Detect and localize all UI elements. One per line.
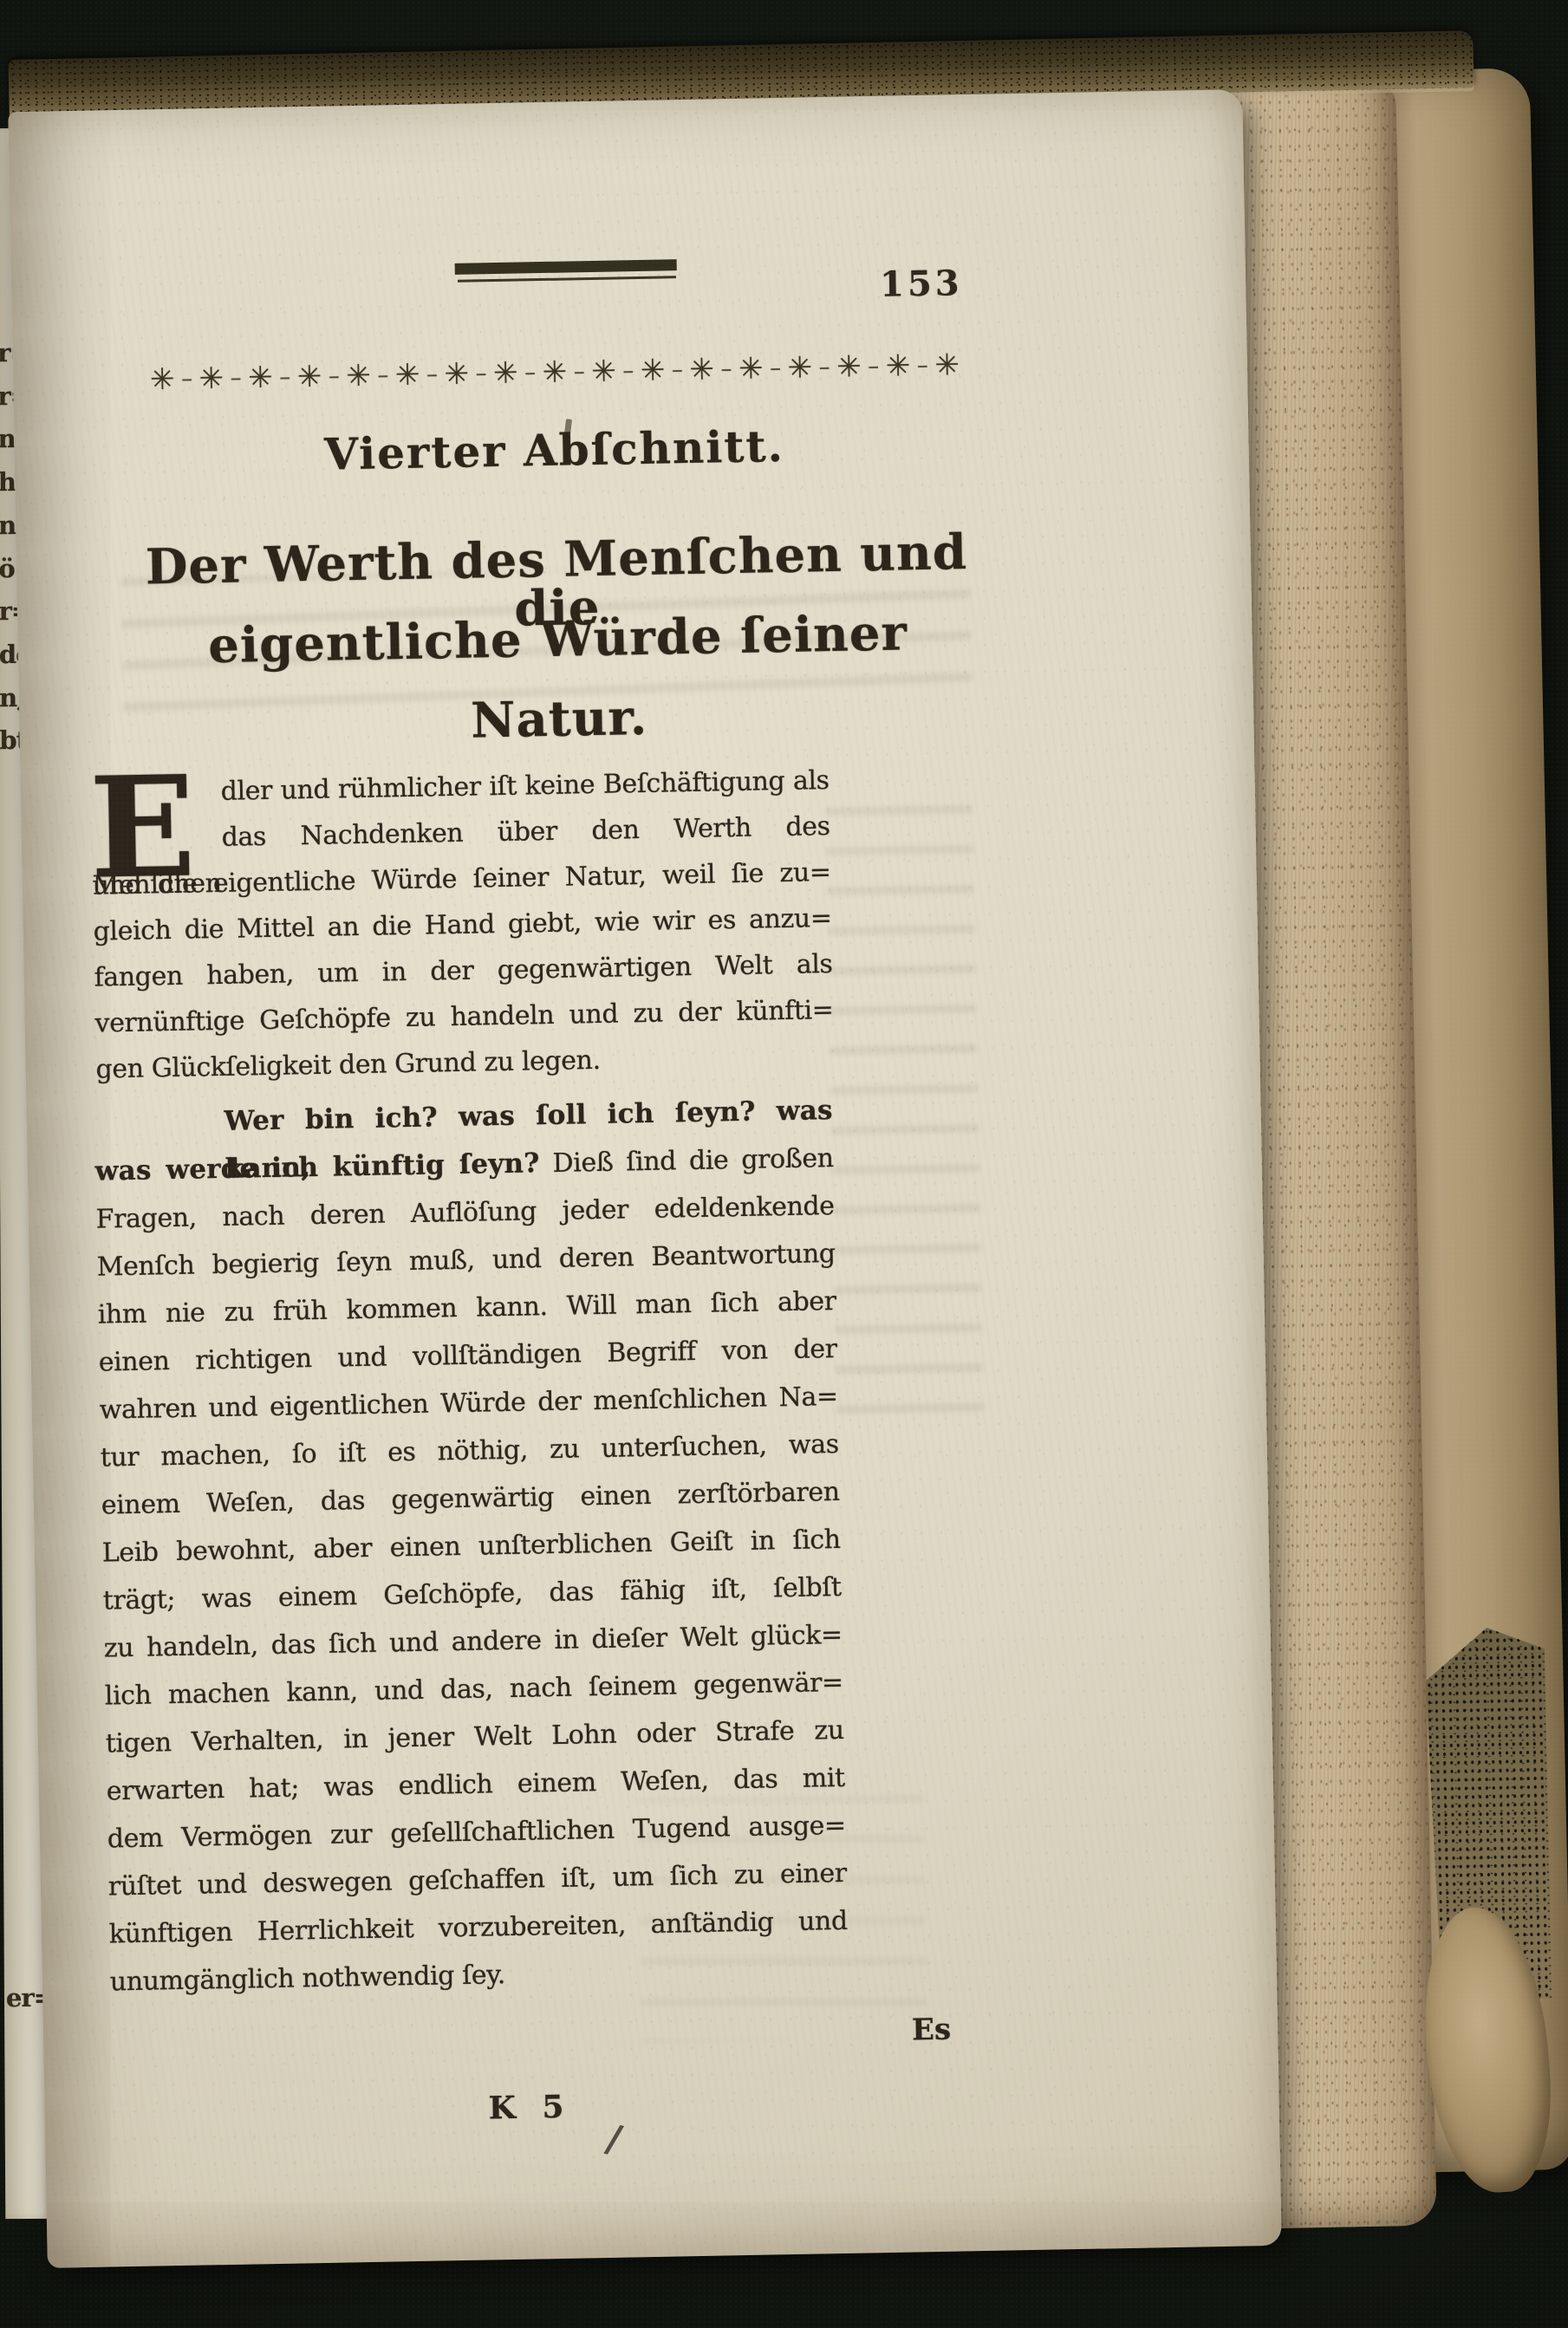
ornament-connector: – (426, 363, 438, 386)
body-text: Fragen, nach deren Auflöſung jeder edeld… (95, 1191, 834, 1235)
emphasis-text: was werde ich künftig ſeyn? (94, 1148, 540, 1187)
ornament-connector: – (181, 367, 192, 390)
body-paragraph-1: E dler und rühmlicher iſt keine Beſchäft… (90, 758, 835, 1093)
book-page: 153 ✳–✳–✳–✳–✳–✳–✳–✳–✳–✳–✳–✳–✳–✳–✳–✳–✳ Vi… (8, 89, 1281, 2268)
body-text: lich machen kann, und das, nach ſeinem g… (105, 1668, 843, 1712)
drop-cap-letter: E (88, 757, 197, 897)
ornament-flower: ✳ (296, 362, 322, 393)
ornament-row: ✳–✳–✳–✳–✳–✳–✳–✳–✳–✳–✳–✳–✳–✳–✳–✳–✳ (150, 346, 960, 399)
chapter-title-line: eigentliche Würde ſeiner (114, 607, 1002, 672)
ornament-flower: ✳ (885, 351, 910, 381)
body-text: tur machen, ſo iſt es nöthig, zu unterſu… (100, 1429, 838, 1473)
stray-slash-mark: / (602, 2117, 626, 2162)
ornament-connector: – (770, 357, 781, 380)
body-text: tigen Verhalten, in jener Welt Lohn oder… (106, 1715, 844, 1759)
signature-mark: K 5 (488, 2089, 564, 2127)
ornament-connector: – (917, 354, 928, 377)
section-rule (455, 259, 677, 275)
ornament-flower: ✳ (346, 361, 371, 392)
ornament-connector: – (573, 361, 584, 383)
body-text: ihm nie zu früh kommen kann. Will man ſi… (97, 1286, 836, 1330)
ornament-connector: – (475, 362, 486, 385)
section-heading: Vierter Abſchnitt. (120, 417, 988, 484)
ornament-connector: – (279, 366, 290, 388)
ornament-flower: ✳ (738, 354, 764, 384)
ornament-connector: – (230, 367, 241, 389)
ornament-connector: – (622, 360, 634, 382)
page-number: 153 (880, 263, 963, 305)
body-text: künftigen Herrlichkeit vorzubereiten, an… (109, 1906, 848, 1950)
ornament-connector: – (377, 364, 388, 387)
ornament-flower: ✳ (493, 359, 518, 389)
body-text: einem Weſen, das gegenwärtig einen zerſt… (101, 1477, 839, 1521)
body-text: Leib bewohnt, aber einen unſterblichen G… (101, 1525, 840, 1569)
ornament-connector: – (720, 358, 732, 380)
ornament-connector: – (818, 356, 830, 379)
ornament-flower: ✳ (836, 352, 862, 382)
catchword: Es (912, 2013, 952, 2048)
ornament-flower: ✳ (150, 365, 175, 395)
ornament-flower: ✳ (934, 350, 960, 380)
body-text: dem Vermögen zur geſellſchaftlichen Tuge… (107, 1811, 846, 1855)
ornament-flower: ✳ (395, 361, 420, 391)
body-text: unumgänglich nothwendig ſey. (110, 1960, 506, 1997)
ornament-connector: – (672, 359, 683, 381)
ornament-flower: ✳ (248, 363, 273, 393)
ornament-flower: ✳ (689, 354, 714, 385)
ornament-connector: – (868, 355, 879, 378)
chapter-title-line: Natur. (115, 686, 1004, 751)
ornament-flower: ✳ (787, 353, 812, 383)
ornament-flower: ✳ (641, 355, 666, 386)
body-text: zu handeln, das ſich und andere in dieſe… (104, 1620, 843, 1664)
ornament-flower: ✳ (591, 356, 616, 387)
ornament-connector: – (524, 361, 536, 384)
body-text: Dieß ſind die großen (539, 1143, 834, 1179)
ornament-flower: ✳ (444, 360, 469, 390)
bleedthrough-smudge (825, 805, 984, 1432)
ornament-flower: ✳ (198, 364, 224, 394)
ornament-connector: – (329, 365, 340, 387)
body-text: rüſtet und deswegen geſchaffen iſt, um ſ… (108, 1858, 847, 1902)
ornament-flower: ✳ (542, 357, 567, 387)
body-text: Menſch begierig ſeyn muß, und deren Bean… (96, 1239, 835, 1283)
body-text: wahren und eigentlichen Würde der menſch… (99, 1382, 837, 1426)
body-text: einen richtigen und vollſtändigen Begrif… (98, 1334, 836, 1378)
drop-cap: E (90, 769, 222, 863)
body-paragraph-2: Wer bin ich? was ſoll ich ſeyn? was kann… (94, 1087, 849, 2006)
body-text: trägt; was einem Geſchöpfe, das fähig iſ… (102, 1572, 841, 1616)
body-text: erwarten hat; was endlich einem Weſen, d… (107, 1763, 845, 1807)
